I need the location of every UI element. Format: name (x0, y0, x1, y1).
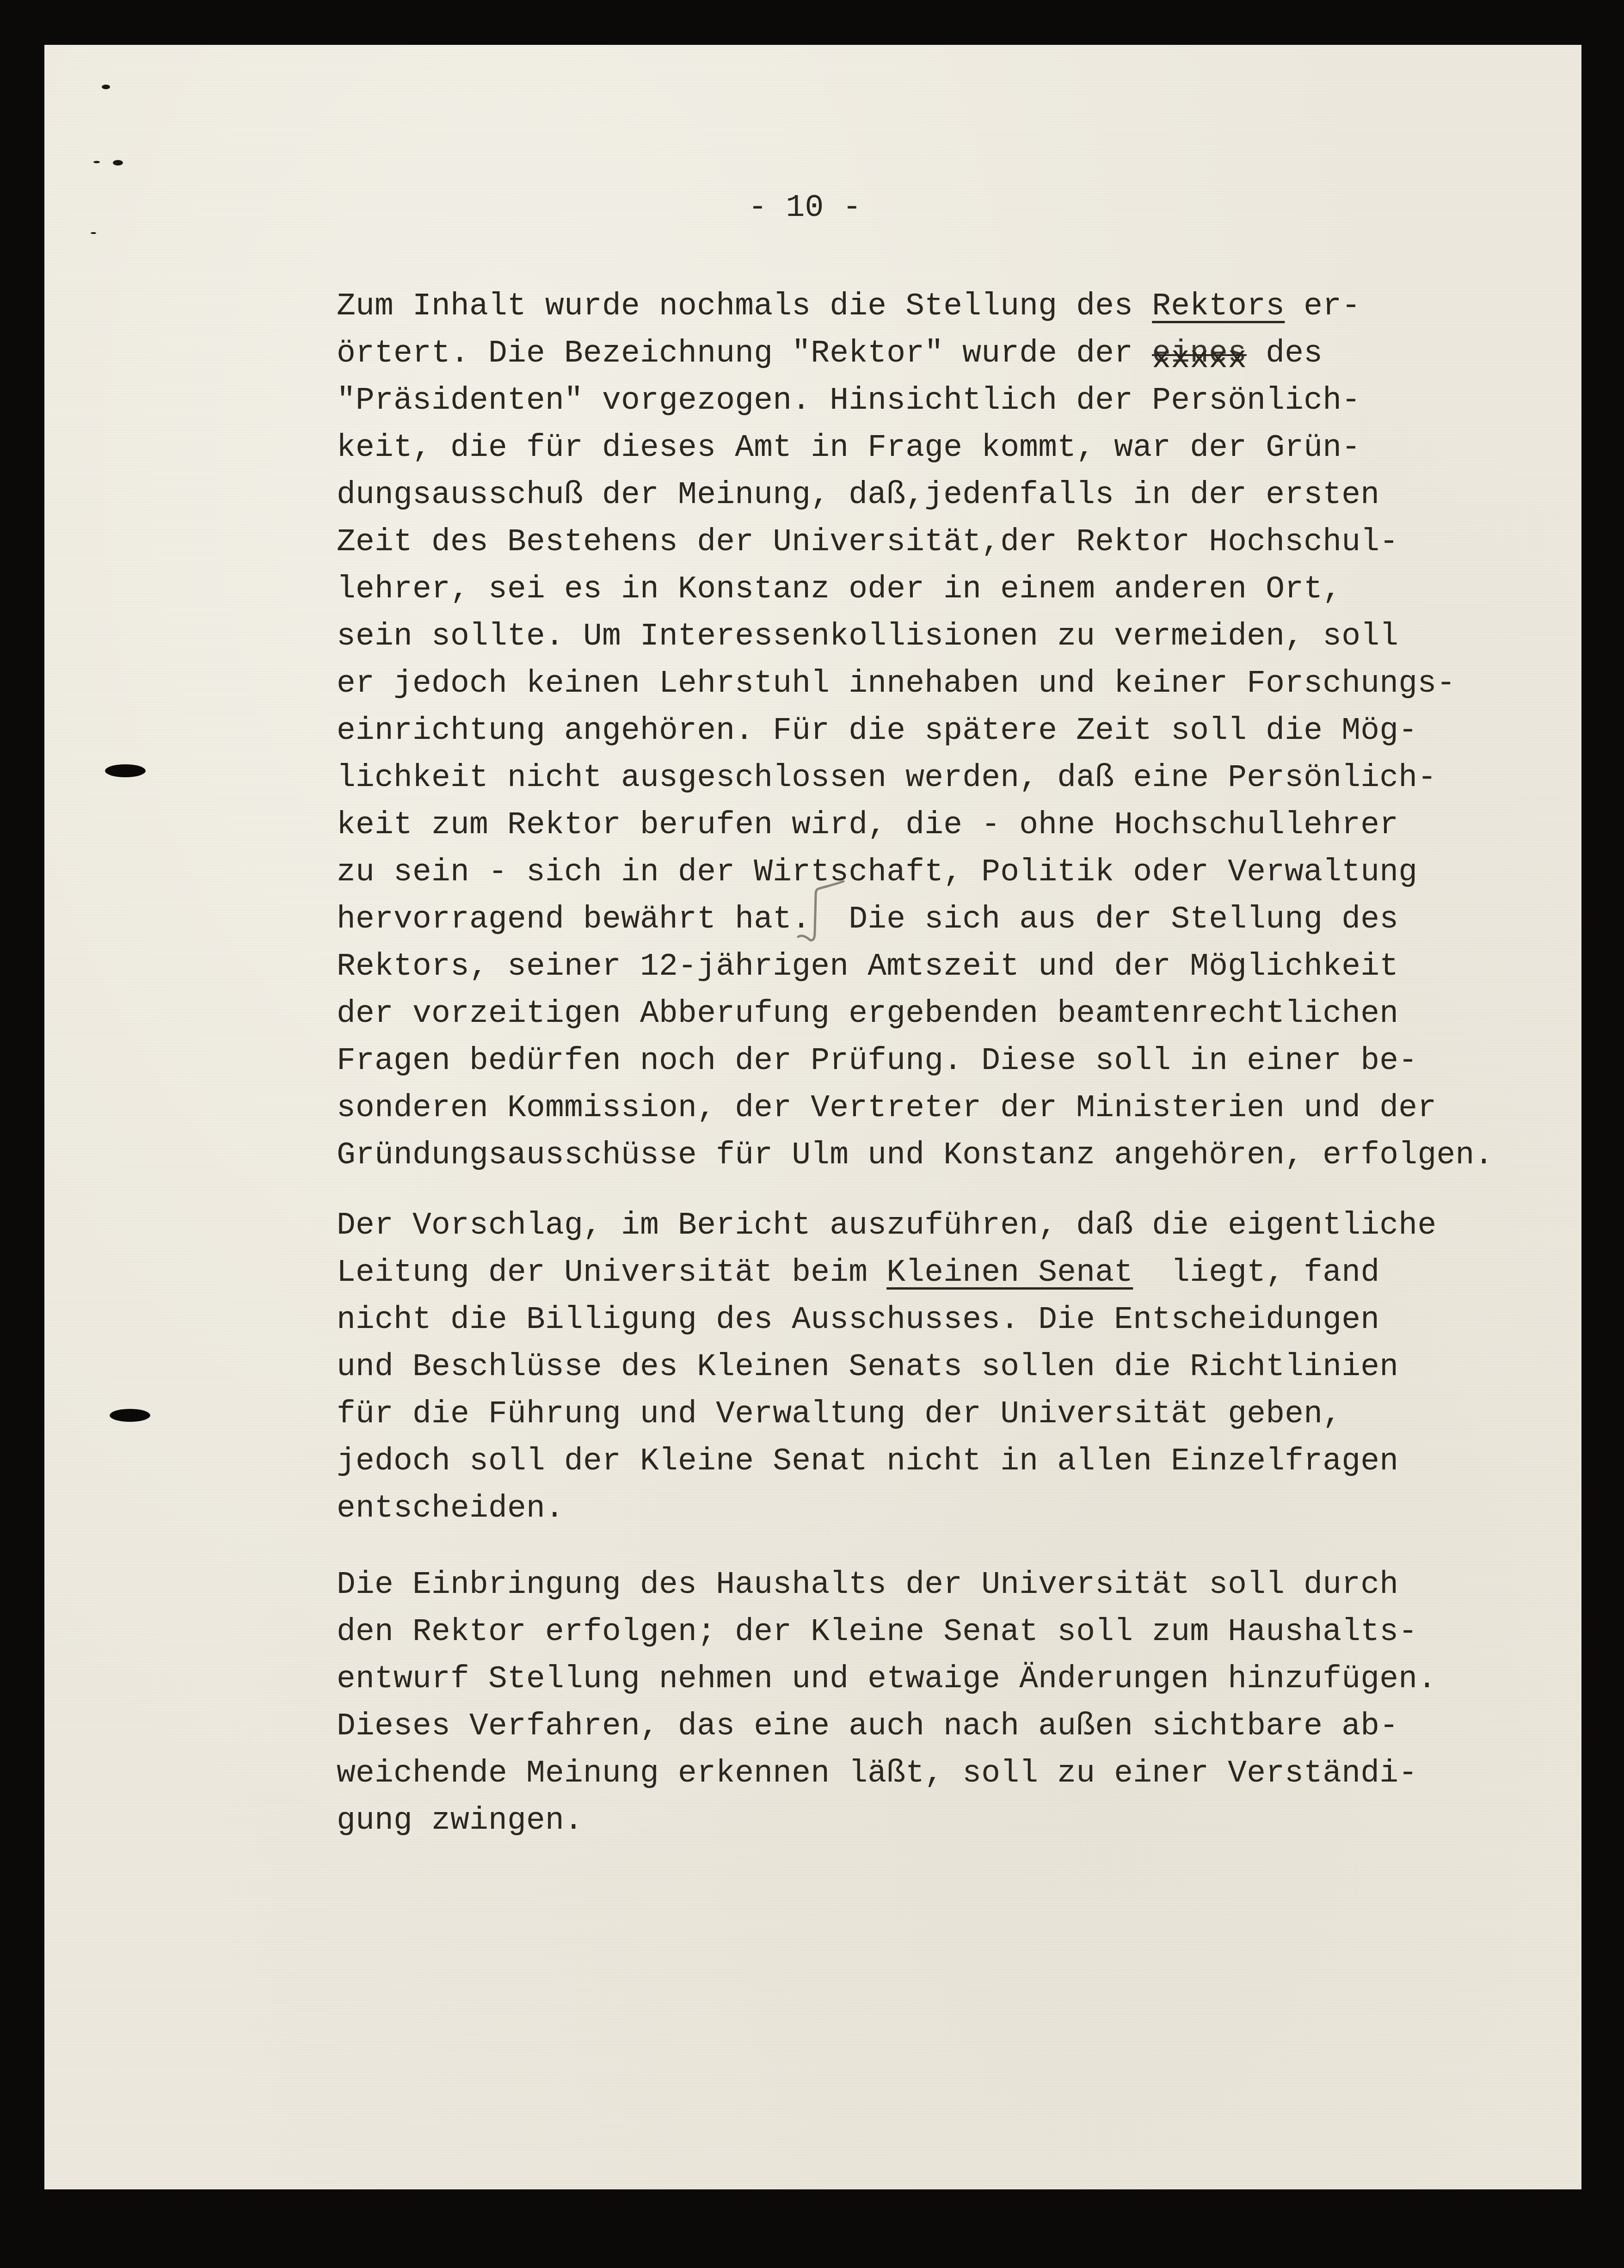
text-line: Die Einbringung des Haushalts der Univer… (337, 1561, 1585, 1609)
text-line: örtert. Die Bezeichnung "Rektor" wurde d… (337, 330, 1585, 377)
text-line: und Beschlüsse des Kleinen Senats sollen… (337, 1344, 1585, 1391)
text-line: "Präsidenten" vorgezogen. Hinsichtlich d… (337, 377, 1585, 424)
punch-hole-upper (105, 764, 146, 777)
text-line: Der Vorschlag, im Bericht auszuführen, d… (337, 1202, 1585, 1249)
text-line: jedoch soll der Kleine Senat nicht in al… (337, 1438, 1585, 1485)
text-line: lichkeit nicht ausgeschlossen werden, da… (337, 755, 1585, 802)
text-line: hervorragend bewährt hat. Die sich aus d… (337, 896, 1585, 943)
text-line: entscheiden. (337, 1485, 1585, 1532)
text-line: weichende Meinung erkennen läßt, soll zu… (337, 1750, 1585, 1797)
paragraph-rektor-position: Zum Inhalt wurde nochmals die Stellung d… (337, 283, 1585, 1179)
text-line: Leitung der Universität beim Kleinen Sen… (337, 1249, 1585, 1297)
text-line: keit, die für dieses Amt in Frage kommt,… (337, 424, 1585, 472)
text-line: er jedoch keinen Lehrstuhl innehaben und… (337, 660, 1585, 707)
text-line: sonderen Kommission, der Vertreter der M… (337, 1085, 1585, 1132)
text-line: sein sollte. Um Interessenkollisionen zu… (337, 613, 1585, 660)
text-line: keit zum Rektor berufen wird, die - ohne… (337, 802, 1585, 849)
text-line: Dieses Verfahren, das eine auch nach auß… (337, 1703, 1585, 1750)
page-number: - 10 - (748, 192, 861, 224)
text-line: Zum Inhalt wurde nochmals die Stellung d… (337, 283, 1585, 330)
text-line: lehrer, sei es in Konstanz oder in einem… (337, 566, 1585, 613)
text-line: einrichtung angehören. Für die spätere Z… (337, 707, 1585, 755)
text-line: Gründungsausschüsse für Ulm und Konstanz… (337, 1132, 1585, 1179)
text-line: entwurf Stellung nehmen und etwaige Ände… (337, 1656, 1585, 1703)
underlined-term: Rektors (1152, 289, 1285, 324)
underlined-term: Kleinen Senat (886, 1255, 1133, 1291)
text-line: gung zwingen. (337, 1797, 1585, 1844)
text-line: Fragen bedürfen noch der Prüfung. Diese … (337, 1038, 1585, 1085)
text-line: den Rektor erfolgen; der Kleine Senat so… (337, 1609, 1585, 1656)
struck-out-word: einesxxxxx (1152, 336, 1247, 371)
text-line: nicht die Billigung des Ausschusses. Die… (337, 1297, 1585, 1344)
speck-mark (91, 232, 96, 234)
punch-hole-lower (110, 1409, 150, 1422)
speck-mark (93, 161, 100, 163)
text-line: für die Führung und Verwaltung der Unive… (337, 1391, 1585, 1438)
text-line: der vorzeitigen Abberufung ergebenden be… (337, 990, 1585, 1038)
text-line: Zeit des Bestehens der Universität,der R… (337, 519, 1585, 566)
paragraph-kleiner-senat: Der Vorschlag, im Bericht auszuführen, d… (337, 1202, 1585, 1532)
text-line: dungsausschuß der Meinung, daß,jedenfall… (337, 472, 1585, 519)
text-line: Rektors, seiner 12-jährigen Amtszeit und… (337, 943, 1585, 990)
paragraph-haushalt: Die Einbringung des Haushalts der Univer… (337, 1561, 1585, 1844)
speck-mark (113, 160, 123, 166)
pencil-paragraph-mark-icon (792, 879, 847, 946)
text-line: zu sein - sich in der Wirtschaft, Politi… (337, 849, 1585, 896)
speck-mark (102, 85, 110, 89)
overtyped-x-marks: xxxxx (1152, 336, 1247, 383)
